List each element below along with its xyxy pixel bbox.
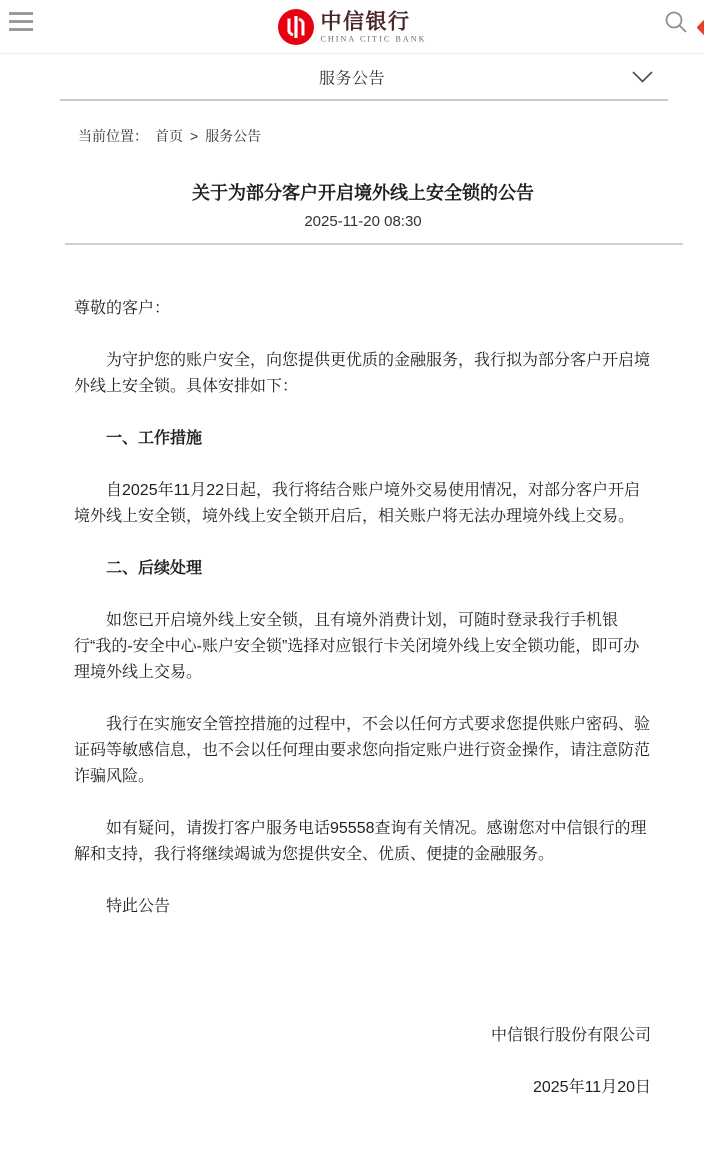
logo-cn: 中信银行 (320, 10, 410, 32)
logo-en: CHINA CITIC BANK (320, 34, 426, 43)
breadcrumb-label: 当前位置： (78, 126, 148, 146)
breadcrumb: 当前位置： 首页 > 服务公告 (0, 101, 704, 146)
section-heading: 一、工作措施 (74, 426, 652, 452)
article-head: 关于为部分客户开启境外线上安全锁的公告 2025-11-20 08:30 (0, 180, 704, 232)
paragraph: 为守护您的账户安全，向您提供更优质的金融服务，我行拟为部分客户开启境外线上安全锁… (74, 348, 652, 400)
article-body-paragraphs: 为守护您的账户安全，向您提供更优质的金融服务，我行拟为部分客户开启境外线上安全锁… (74, 348, 652, 920)
category-selector[interactable]: 服务公告 (0, 54, 704, 99)
salutation: 尊敬的客户： (74, 296, 652, 322)
breadcrumb-separator: > (190, 126, 198, 146)
article-datetime: 2025-11-20 08:30 (74, 212, 652, 232)
paragraph: 自2025年11月22日起，我行将结合账户境外交易使用情况，对部分客户开启境外线… (74, 478, 652, 530)
search-icon[interactable] (663, 9, 689, 35)
signature-date: 2025年11月20日 (0, 1075, 651, 1101)
category-label: 服务公告 (319, 65, 385, 88)
chevron-down-icon[interactable] (632, 71, 653, 83)
breadcrumb-current-link[interactable]: 服务公告 (205, 126, 261, 146)
paragraph: 特此公告 (74, 894, 652, 920)
top-header: 中信银行 CHINA CITIC BANK (0, 0, 704, 54)
paragraph: 我行在实施安全管控措施的过程中，不会以任何方式要求您提供账户密码、验证码等敏感信… (74, 712, 652, 790)
logo-text: 中信银行 CHINA CITIC BANK (320, 10, 426, 43)
partial-red-icon[interactable] (696, 18, 704, 36)
signature-block: 中信银行股份有限公司 2025年11月20日 (0, 1023, 704, 1101)
bank-logo[interactable]: 中信银行 CHINA CITIC BANK (277, 8, 426, 45)
article-title: 关于为部分客户开启境外线上安全锁的公告 (74, 180, 652, 206)
page: { "header": { "logo_cn": "中信银行", "logo_e… (0, 0, 704, 1152)
signature-company: 中信银行股份有限公司 (0, 1023, 651, 1049)
breadcrumb-home-link[interactable]: 首页 (155, 126, 183, 146)
menu-icon[interactable] (9, 12, 33, 31)
citic-emblem-icon (277, 8, 314, 45)
paragraph: 如您已开启境外线上安全锁，且有境外消费计划，可随时登录我行手机银行“我的-安全中… (74, 608, 652, 686)
section-heading: 二、后续处理 (74, 556, 652, 582)
article-body: 尊敬的客户： 为守护您的账户安全，向您提供更优质的金融服务，我行拟为部分客户开启… (0, 245, 704, 920)
paragraph: 如有疑问，请拨打客户服务电话95558查询有关情况。感谢您对中信银行的理解和支持… (74, 816, 652, 868)
